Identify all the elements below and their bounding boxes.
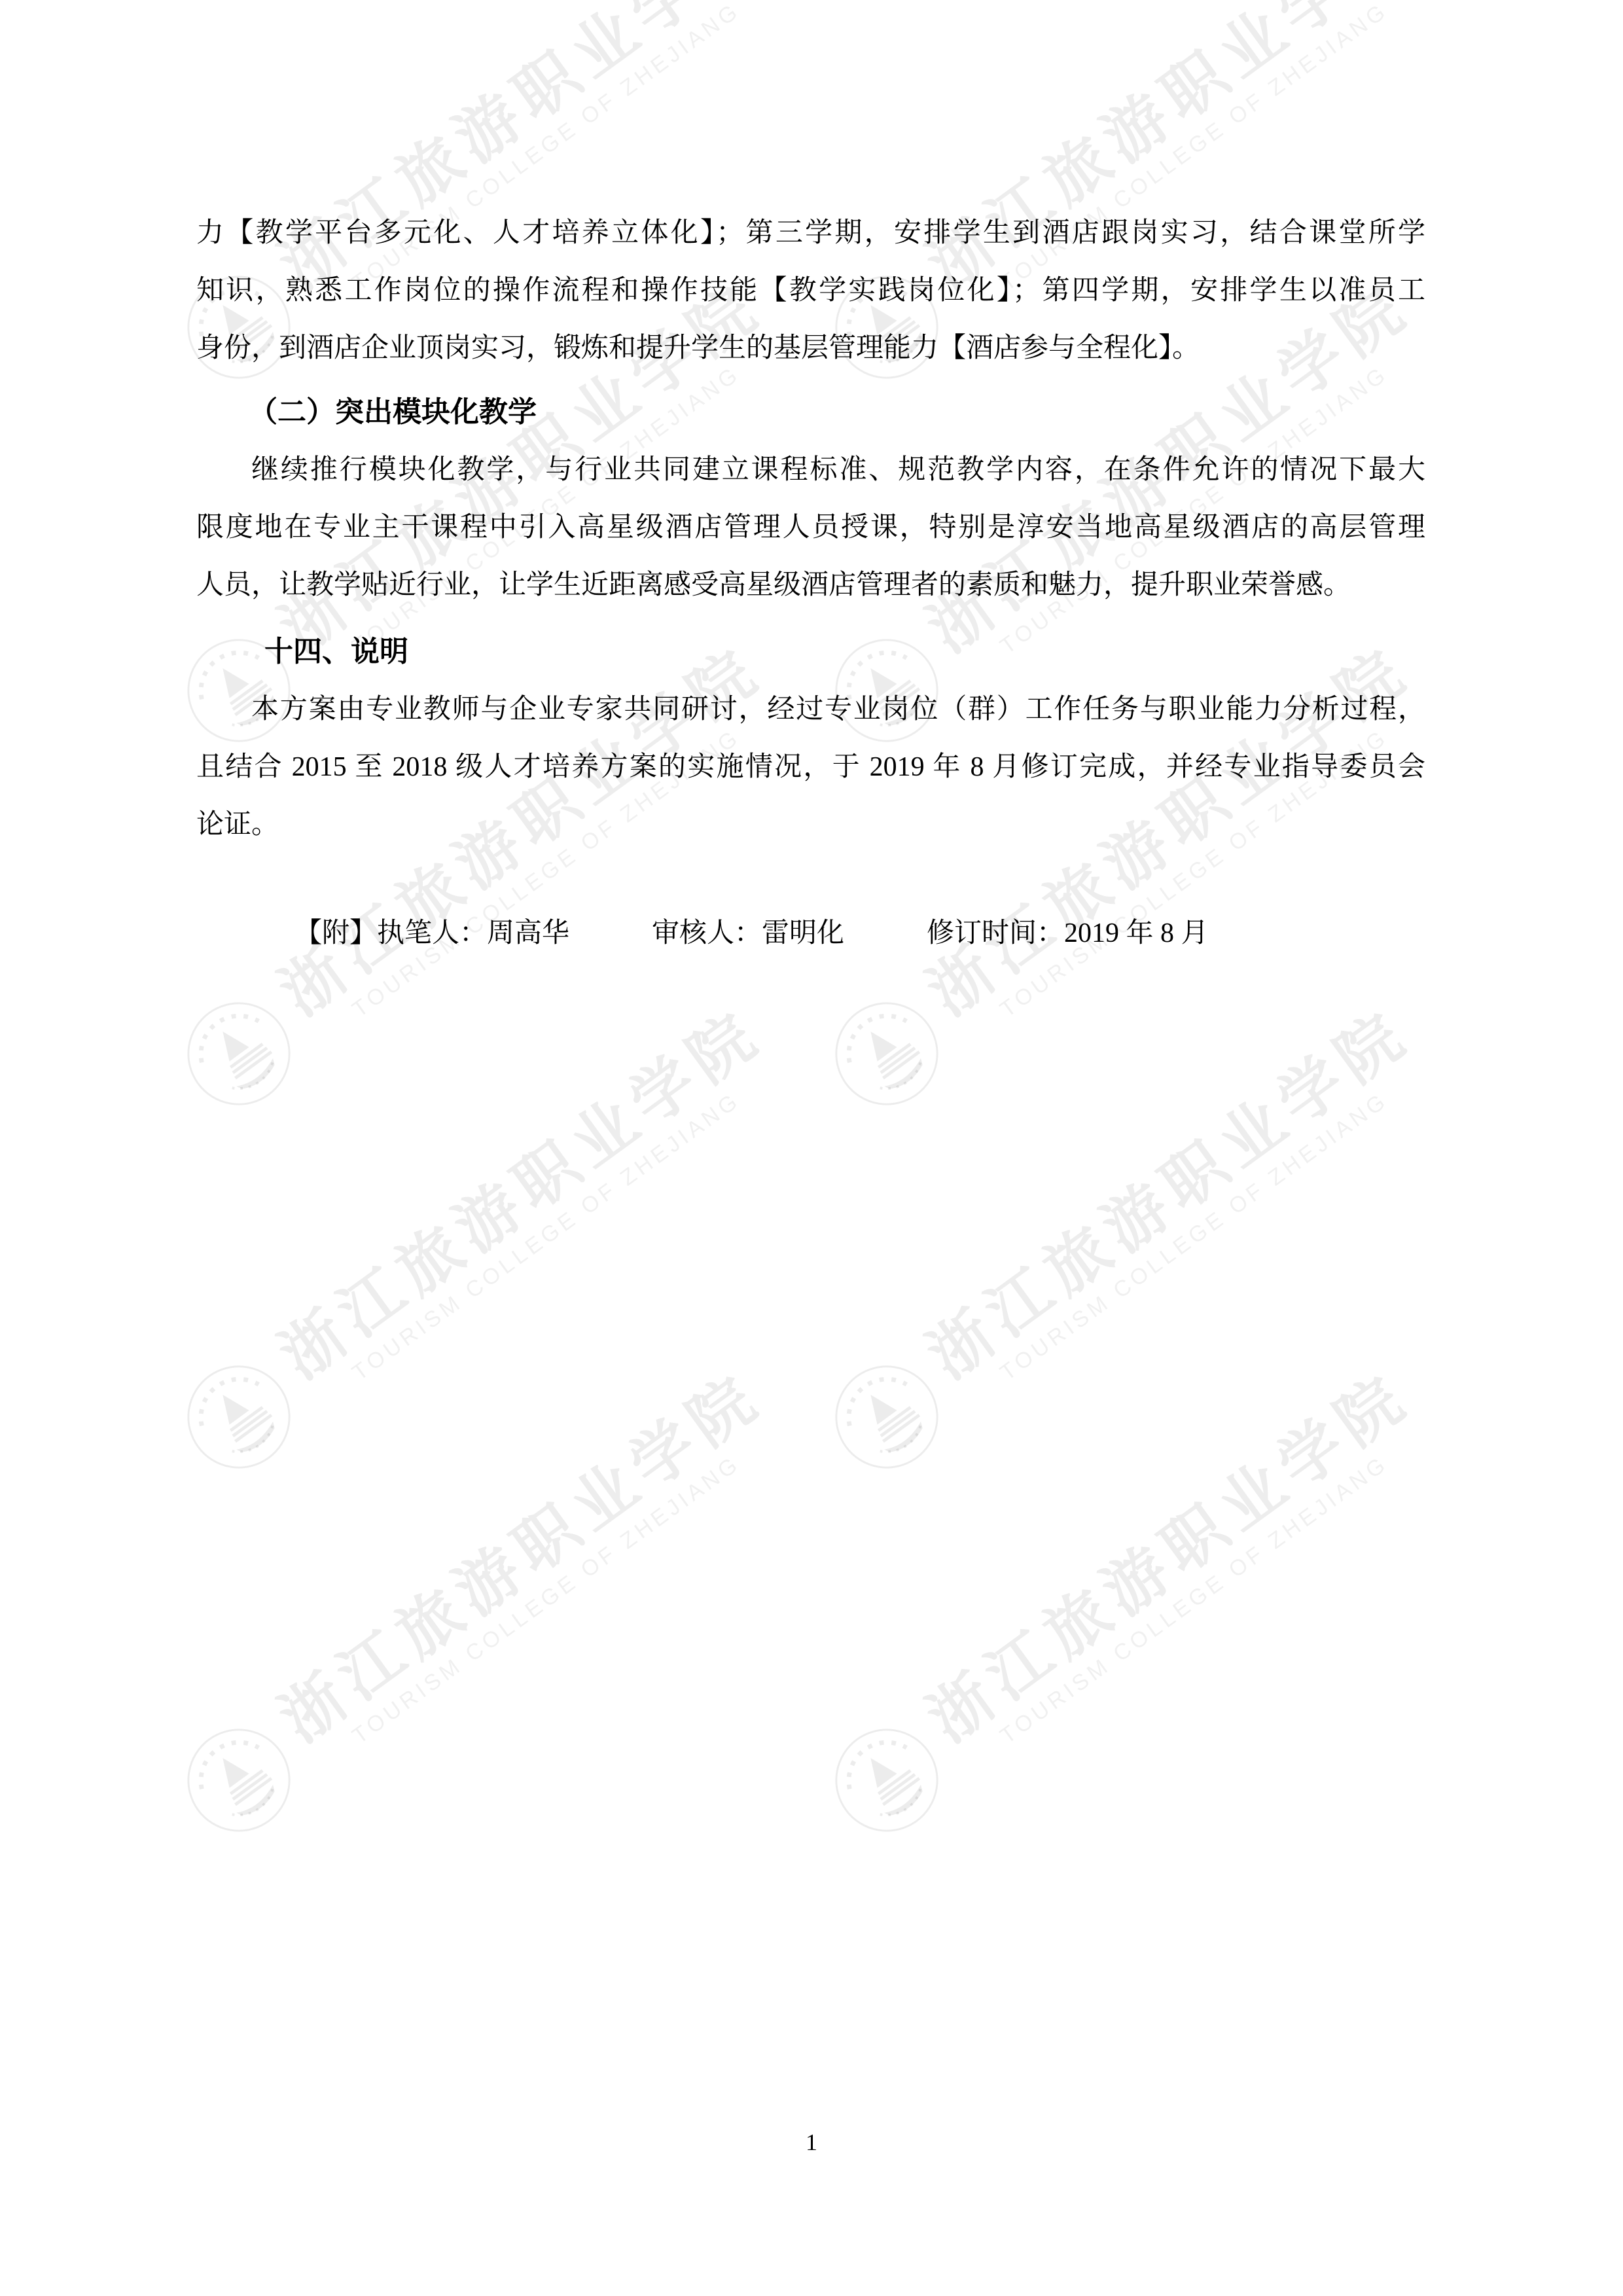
text-line: 且结合 2015 至 2018 级人才培养方案的实施情况，于 2019 年 8 … — [196, 738, 1425, 796]
text-line: 知识，熟悉工作岗位的操作流程和操作技能【教学实践岗位化】；第四学期，安排学生以准… — [196, 262, 1425, 319]
watermark: 浙江旅游职业学院 TOURISM COLLEGE OF ZHEJIANG — [163, 1356, 794, 1856]
watermark-text: 浙江旅游职业学院 TOURISM COLLEGE OF ZHEJIANG — [270, 1363, 789, 1776]
school-seal-icon — [811, 978, 963, 1130]
watermark: 浙江旅游职业学院 TOURISM COLLEGE OF ZHEJIANG — [811, 1356, 1442, 1856]
school-seal-icon — [811, 1341, 963, 1493]
watermark-en-text: TOURISM COLLEGE OF ZHEJIANG — [997, 1056, 1438, 1384]
watermark-en-text: TOURISM COLLEGE OF ZHEJIANG — [349, 1056, 790, 1384]
paragraph-continuation: 力【教学平台多元化、人才培养立体化】；第三学期，安排学生到酒店跟岗实习，结合课堂… — [196, 204, 1425, 377]
text-line: 力【教学平台多元化、人才培养立体化】；第三学期，安排学生到酒店跟岗实习，结合课堂… — [196, 204, 1425, 262]
watermark-cn-text: 浙江旅游职业学院 — [270, 1363, 772, 1752]
watermark-cn-text: 浙江旅游职业学院 — [918, 1363, 1420, 1752]
text-line: 论证。 — [196, 796, 1425, 853]
document-page: 浙江旅游职业学院 TOURISM COLLEGE OF ZHEJIANG 浙江旅… — [0, 0, 1623, 2296]
watermark-en-text: TOURISM COLLEGE OF ZHEJIANG — [349, 1419, 790, 1748]
school-seal-icon — [163, 978, 315, 1130]
section-heading: 十四、说明 — [264, 623, 1425, 681]
paragraph-modular-teaching: 继续推行模块化教学，与行业共同建立课程标准、规范教学内容，在条件允许的情况下最大… — [196, 441, 1425, 614]
school-seal-icon — [811, 1704, 963, 1856]
watermark-cn-text: 浙江旅游职业学院 — [270, 999, 772, 1389]
school-seal-icon — [163, 1341, 315, 1493]
watermark: 浙江旅游职业学院 TOURISM COLLEGE OF ZHEJIANG — [163, 993, 794, 1493]
subsection-heading: （二）突出模块化教学 — [249, 384, 1425, 441]
watermark-en-text: TOURISM COLLEGE OF ZHEJIANG — [997, 1419, 1438, 1748]
text-line: 本方案由专业教师与企业专家共同研讨，经过专业岗位（群）工作任务与职业能力分析过程… — [196, 681, 1425, 738]
watermark-cn-text: 浙江旅游职业学院 — [918, 999, 1420, 1389]
watermark-text: 浙江旅游职业学院 TOURISM COLLEGE OF ZHEJIANG — [918, 1363, 1437, 1776]
text-line: 身份，到酒店企业顶岗实习，锻炼和提升学生的基层管理能力【酒店参与全程化】。 — [196, 319, 1425, 377]
text-line: 人员，让教学贴近行业，让学生近距离感受高星级酒店管理者的素质和魅力，提升职业荣誉… — [196, 556, 1425, 614]
watermark-text: 浙江旅游职业学院 TOURISM COLLEGE OF ZHEJIANG — [270, 999, 789, 1412]
school-seal-icon — [163, 1704, 315, 1856]
attachment-line: 【附】执笔人：周高华 审核人：雷明化 修订时间：2019 年 8 月 — [294, 905, 1425, 962]
page-number: 1 — [0, 2128, 1623, 2156]
document-body: 力【教学平台多元化、人才培养立体化】；第三学期，安排学生到酒店跟岗实习，结合课堂… — [196, 204, 1425, 962]
text-line: 限度地在专业主干课程中引入高星级酒店管理人员授课，特别是淳安当地高星级酒店的高层… — [196, 499, 1425, 556]
watermark-text: 浙江旅游职业学院 TOURISM COLLEGE OF ZHEJIANG — [918, 999, 1437, 1412]
paragraph-note: 本方案由专业教师与企业专家共同研讨，经过专业岗位（群）工作任务与职业能力分析过程… — [196, 681, 1425, 853]
text-line: 继续推行模块化教学，与行业共同建立课程标准、规范教学内容，在条件允许的情况下最大 — [196, 441, 1425, 499]
watermark: 浙江旅游职业学院 TOURISM COLLEGE OF ZHEJIANG — [811, 993, 1442, 1493]
